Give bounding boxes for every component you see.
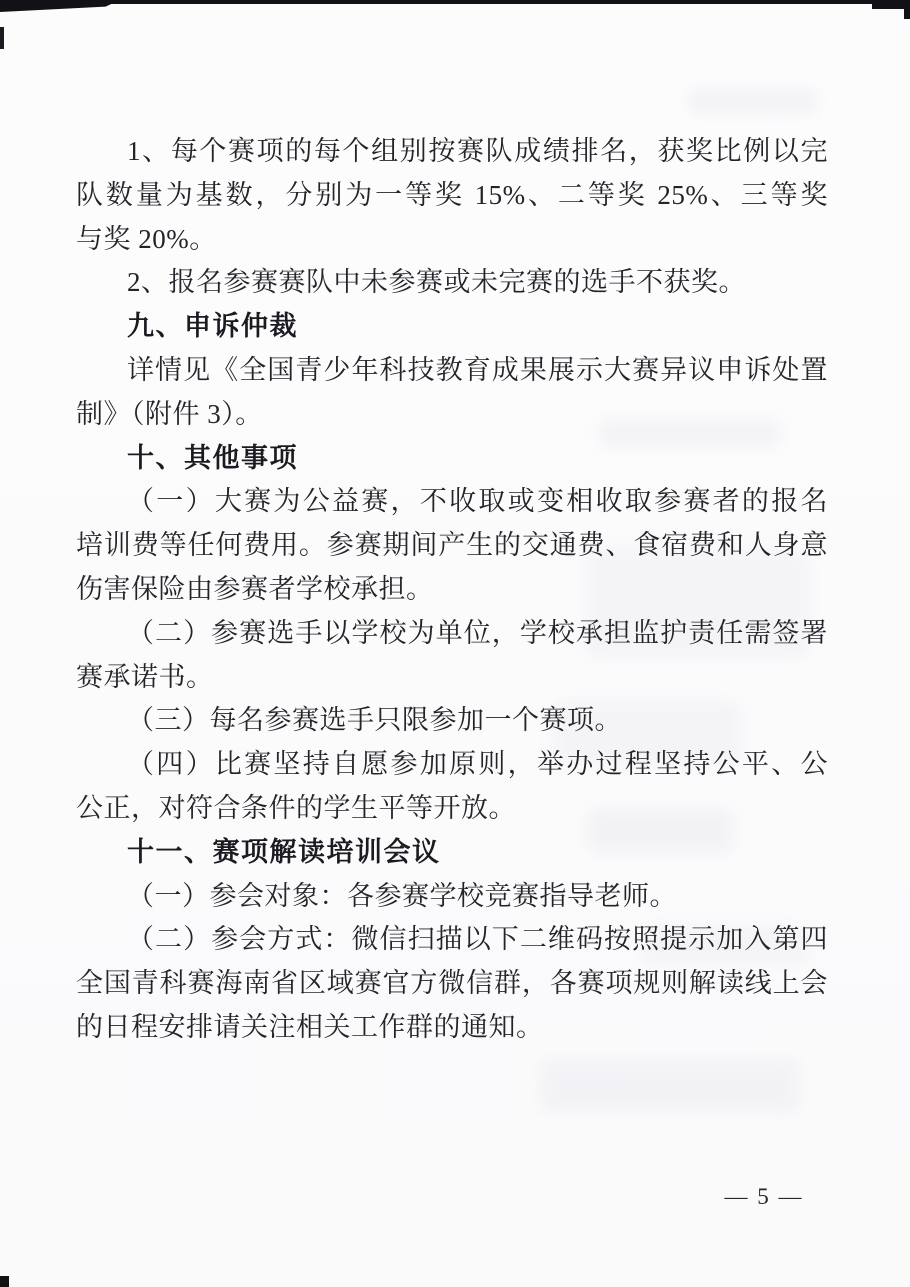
text-line: 全国青科赛海南省区域赛官方微信群，各赛项规则解读线上会议 [76,962,828,1006]
text-line: （一）大赛为公益赛，不收取或变相收取参赛者的报名费、 [76,480,828,524]
text-line: 伤害保险由参赛者学校承担。 [76,568,828,612]
text-line: （一）参会对象：各参赛学校竞赛指导老师。 [76,875,828,919]
scanned-document-page: 1、每个赛项的每个组别按赛队成绩排名，获奖比例以完赛赛 队数量为基数，分别为一等… [0,0,910,1287]
text-line: 公正，对符合条件的学生平等开放。 [76,787,828,831]
text-line: 赛承诺书。 [76,656,828,700]
text-line: 1、每个赛项的每个组别按赛队成绩排名，获奖比例以完赛赛 [76,130,828,174]
scan-edge-top-left [0,0,120,12]
scan-edge-left-notch [0,27,4,49]
text-line: 与奖 20%。 [76,218,828,262]
section-heading-other-matters: 十、其他事项 [76,437,828,481]
text-line: 制》（附件 3）。 [76,393,828,437]
scan-edge-top [0,0,910,4]
page-number: — 5 — [712,1184,816,1210]
scan-smudge [540,1058,800,1113]
text-line: 2、报名参赛赛队中未参赛或未完赛的选手不获奖。 [76,261,828,305]
text-line: （二）参会方式：微信扫描以下二维码按照提示加入第四届 [76,918,828,962]
text-line: （四）比赛坚持自愿参加原则，举办过程坚持公平、公开、 [76,743,828,787]
scan-smudge [688,88,818,114]
scan-edge-bottom-left [0,1276,9,1287]
text-line: 详情见《全国青少年科技教育成果展示大赛异议申诉处置机 [76,349,828,393]
document-body: 1、每个赛项的每个组别按赛队成绩排名，获奖比例以完赛赛 队数量为基数，分别为一等… [76,130,828,1050]
section-heading-appeal-arbitration: 九、申诉仲裁 [76,305,828,349]
text-line: 的日程安排请关注相关工作群的通知。 [76,1006,828,1050]
scan-edge-right-tick [904,0,910,19]
text-line: （三）每名参赛选手只限参加一个赛项。 [76,699,828,743]
text-line: 培训费等任何费用。参赛期间产生的交通费、食宿费和人身意外 [76,524,828,568]
section-heading-training-meeting: 十一、赛项解读培训会议 [76,831,828,875]
text-line: 队数量为基数，分别为一等奖 15%、二等奖 25%、三等奖 40%、参 [76,174,828,218]
text-line: （二）参赛选手以学校为单位，学校承担监护责任需签署参 [76,612,828,656]
